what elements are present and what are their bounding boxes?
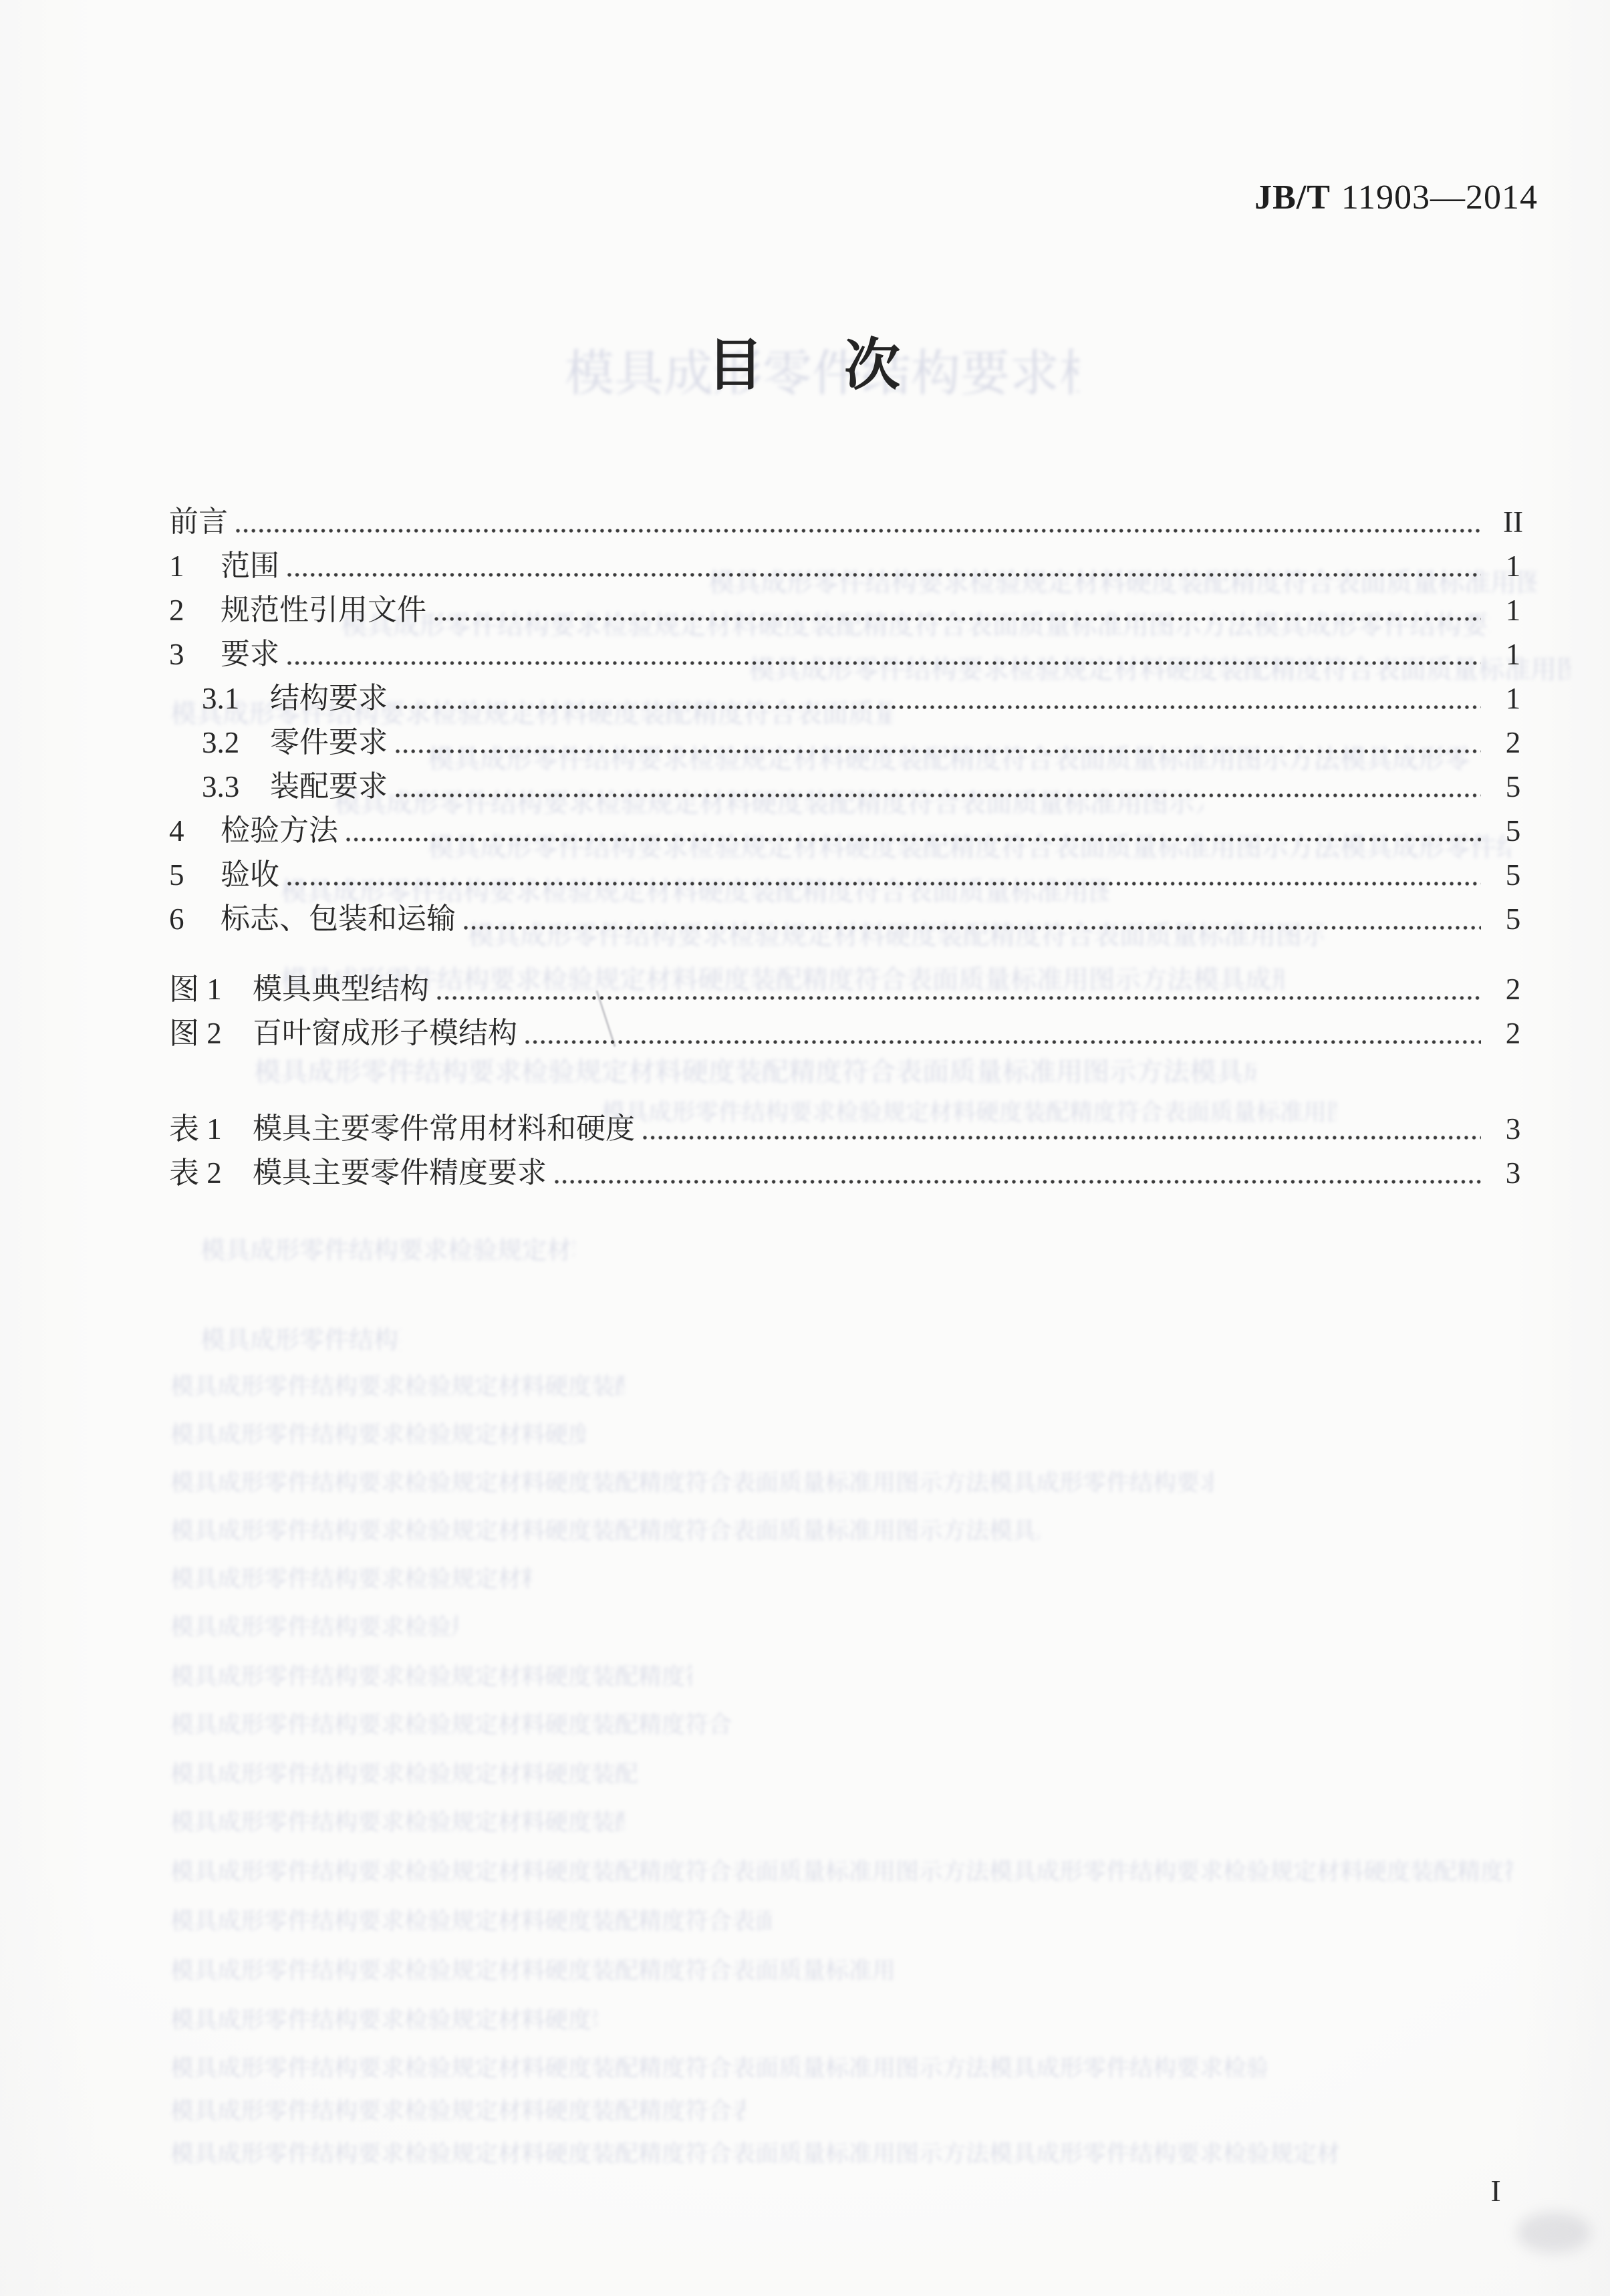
bleedthrough-text: 模具成形零件结构要求检验规定材料硬度装配精度 (170, 1810, 625, 1835)
toc-row: 3.1 结构要求 1 (169, 674, 1534, 718)
toc-list: 前言 II 1 范围 1 2 规范性引用文件 1 3 要求 1 3.1 结构要求… (169, 497, 1534, 1192)
dotted-leader (643, 1104, 1481, 1148)
toc-item-number: 2 (169, 591, 221, 630)
toc-item-label: 范围 (221, 547, 279, 586)
bleedthrough-text: 模具成形零件结构要求检验规定材料硬度装配精度 (170, 1762, 638, 1787)
toc-item-label: 结构要求 (270, 679, 388, 718)
toc-item-label: 模具主要零件精度要求 (253, 1154, 547, 1192)
bleedthrough-text: 模具成形零件结构要求检验规定材料硬度装配精度符合表面质量标准用图示方法模具成形零… (170, 2056, 1266, 2081)
dotted-leader (236, 497, 1481, 541)
toc-page-number: 1 (1492, 635, 1534, 674)
toc-item-label: 验收 (221, 856, 279, 894)
dotted-leader (555, 1148, 1481, 1192)
toc-item-number: 图 1 (169, 970, 253, 1009)
toc-page-number: 5 (1492, 767, 1534, 806)
dotted-leader (396, 762, 1481, 806)
toc-page-number: 5 (1492, 900, 1534, 938)
scan-smudge-artifact (1517, 2212, 1591, 2253)
bleedthrough-text: 模具成形零件结构要求检验规定材料硬度装配精度符合表面质量 (170, 1909, 772, 1934)
toc-item-number: 3.1 (202, 679, 270, 718)
bleedthrough-text: 模具成形零件结构要求检验规定材料硬度装配精度符合表面质量标准用图示 (170, 1958, 892, 1984)
dotted-leader (434, 586, 1481, 630)
toc-page-number: 5 (1492, 856, 1534, 894)
toc-row: 前言 II (169, 497, 1534, 541)
toc-item-number: 6 (169, 900, 221, 938)
toc-page-number: 2 (1492, 723, 1534, 762)
bleedthrough-text: 模具成形零件结构要求检验规定材料硬度装配精度符合表面质量标准用图示方法模具成形零… (170, 1471, 1213, 1496)
toc-item-number: 3 (169, 635, 221, 674)
toc-row: 3.3 装配要求 5 (169, 762, 1534, 806)
toc-item-number: 4 (169, 811, 221, 850)
toc-item-label: 规范性引用文件 (221, 591, 426, 630)
toc-item-label: 装配要求 (270, 767, 388, 806)
dotted-leader (525, 1009, 1481, 1053)
toc-page-number: 1 (1492, 547, 1534, 586)
dotted-leader (287, 541, 1481, 586)
toc-page-number: II (1492, 503, 1534, 541)
bleedthrough-text: 模具成形零件结构要求检验规定材料硬度装配精度符合表面质量标准用图示方法模具成形零… (170, 1860, 1514, 1885)
toc-row: 3 要求 1 (169, 630, 1534, 674)
toc-item-label: 百叶窗成形子模结构 (253, 1014, 517, 1053)
bleedthrough-text: 模具成形零件结构要求检验规定材料硬度装配精度符合表面 (170, 1712, 732, 1738)
toc-row: 5 验收 5 (169, 850, 1534, 894)
toc-row: 1 范围 1 (169, 541, 1534, 586)
toc-page-number: 2 (1492, 1014, 1534, 1053)
standard-code-number: 11903—2014 (1341, 178, 1538, 217)
toc-row: 表 2 模具主要零件精度要求 3 (169, 1148, 1534, 1192)
toc-item-number: 表 2 (169, 1154, 253, 1192)
toc-item-number: 3.3 (202, 767, 270, 806)
toc-row: 3.2 零件要求 2 (169, 718, 1534, 762)
toc-item-number: 表 1 (169, 1110, 253, 1148)
toc-item-label: 零件要求 (270, 723, 388, 762)
dotted-leader (464, 894, 1481, 938)
bleedthrough-text: 模具成形零件结构要求检验规定材料硬度 (170, 1567, 531, 1592)
toc-row: 图 1 模具典型结构 2 (169, 965, 1534, 1009)
toc-gap (169, 938, 1534, 965)
toc-item-label: 模具主要零件常用材料和硬度 (253, 1110, 635, 1148)
toc-row: 4 检验方法 5 (169, 806, 1534, 850)
bleedthrough-text: 模具成形零件结构要求检验规定材料硬度装配 (170, 1422, 585, 1448)
toc-item-label: 检验方法 (221, 811, 338, 850)
toc-item-label: 标志、包装和运输 (221, 900, 456, 938)
toc-row: 图 2 百叶窗成形子模结构 2 (169, 1009, 1534, 1053)
toc-page-number: 3 (1492, 1154, 1534, 1192)
bleedthrough-text: 模具成形零件结构要求检验规定材料硬度装配精度 (170, 1374, 625, 1400)
standard-code-prefix: JB/T (1254, 178, 1331, 217)
dotted-leader (287, 850, 1481, 894)
bleedthrough-text: 模具成形零件结构要求检验规定材 (170, 1615, 458, 1640)
dotted-leader (287, 630, 1481, 674)
toc-item-label: 前言 (169, 503, 228, 541)
toc-item-label: 要求 (221, 635, 279, 674)
standard-code: JB/T11903—2014 (1254, 178, 1538, 218)
toc-item-number: 5 (169, 856, 221, 894)
bleedthrough-text: 模具成形零件结构要求检验规定材料硬度装配精度符合表 (170, 1664, 692, 1690)
dotted-leader (346, 806, 1481, 850)
toc-row: 6 标志、包装和运输 5 (169, 894, 1534, 938)
bleedthrough-text: 模具成形零件结构要求检验规定材料硬度 (200, 1238, 575, 1265)
dotted-leader (396, 674, 1481, 718)
toc-item-number: 1 (169, 547, 221, 586)
toc-gap (169, 1053, 1534, 1104)
page-number-footer: I (1474, 2172, 1517, 2210)
bleedthrough-text: 模具成形零件结构要求检验规定材料硬度装配精 (170, 2008, 598, 2033)
dotted-leader (396, 718, 1481, 762)
toc-row: 2 规范性引用文件 1 (169, 586, 1534, 630)
toc-page-number: 2 (1492, 970, 1534, 1009)
dotted-leader (437, 965, 1481, 1009)
toc-page-number: 1 (1492, 591, 1534, 630)
toc-page-number: 5 (1492, 811, 1534, 850)
document-page: JB/T11903—2014 目 次 前言 II 1 范围 1 2 规范性引用文… (0, 0, 1610, 2296)
toc-title: 目 次 (0, 333, 1610, 400)
bleedthrough-text: 模具成形零件结构要求检验规定材料硬度装配精度符合表面质量标准用图示方法模具成形零… (170, 2142, 1340, 2167)
bleedthrough-text: 模具成形零件结构要求检验规定材料硬度装配精度符合表面质 (170, 2099, 745, 2124)
bleedthrough-text: 模具成形零件结构要求检验规定材料硬度装配精度符合表面质量标准用图示方法模具成形零 (170, 1519, 1039, 1544)
toc-item-number: 3.2 (202, 723, 270, 762)
toc-item-number: 图 2 (169, 1014, 253, 1053)
bleedthrough-text: 模具成形零件结构要求检 (200, 1327, 401, 1354)
toc-row: 表 1 模具主要零件常用材料和硬度 3 (169, 1104, 1534, 1148)
toc-page-number: 1 (1492, 679, 1534, 718)
toc-item-label: 模具典型结构 (253, 970, 429, 1009)
toc-page-number: 3 (1492, 1110, 1534, 1148)
